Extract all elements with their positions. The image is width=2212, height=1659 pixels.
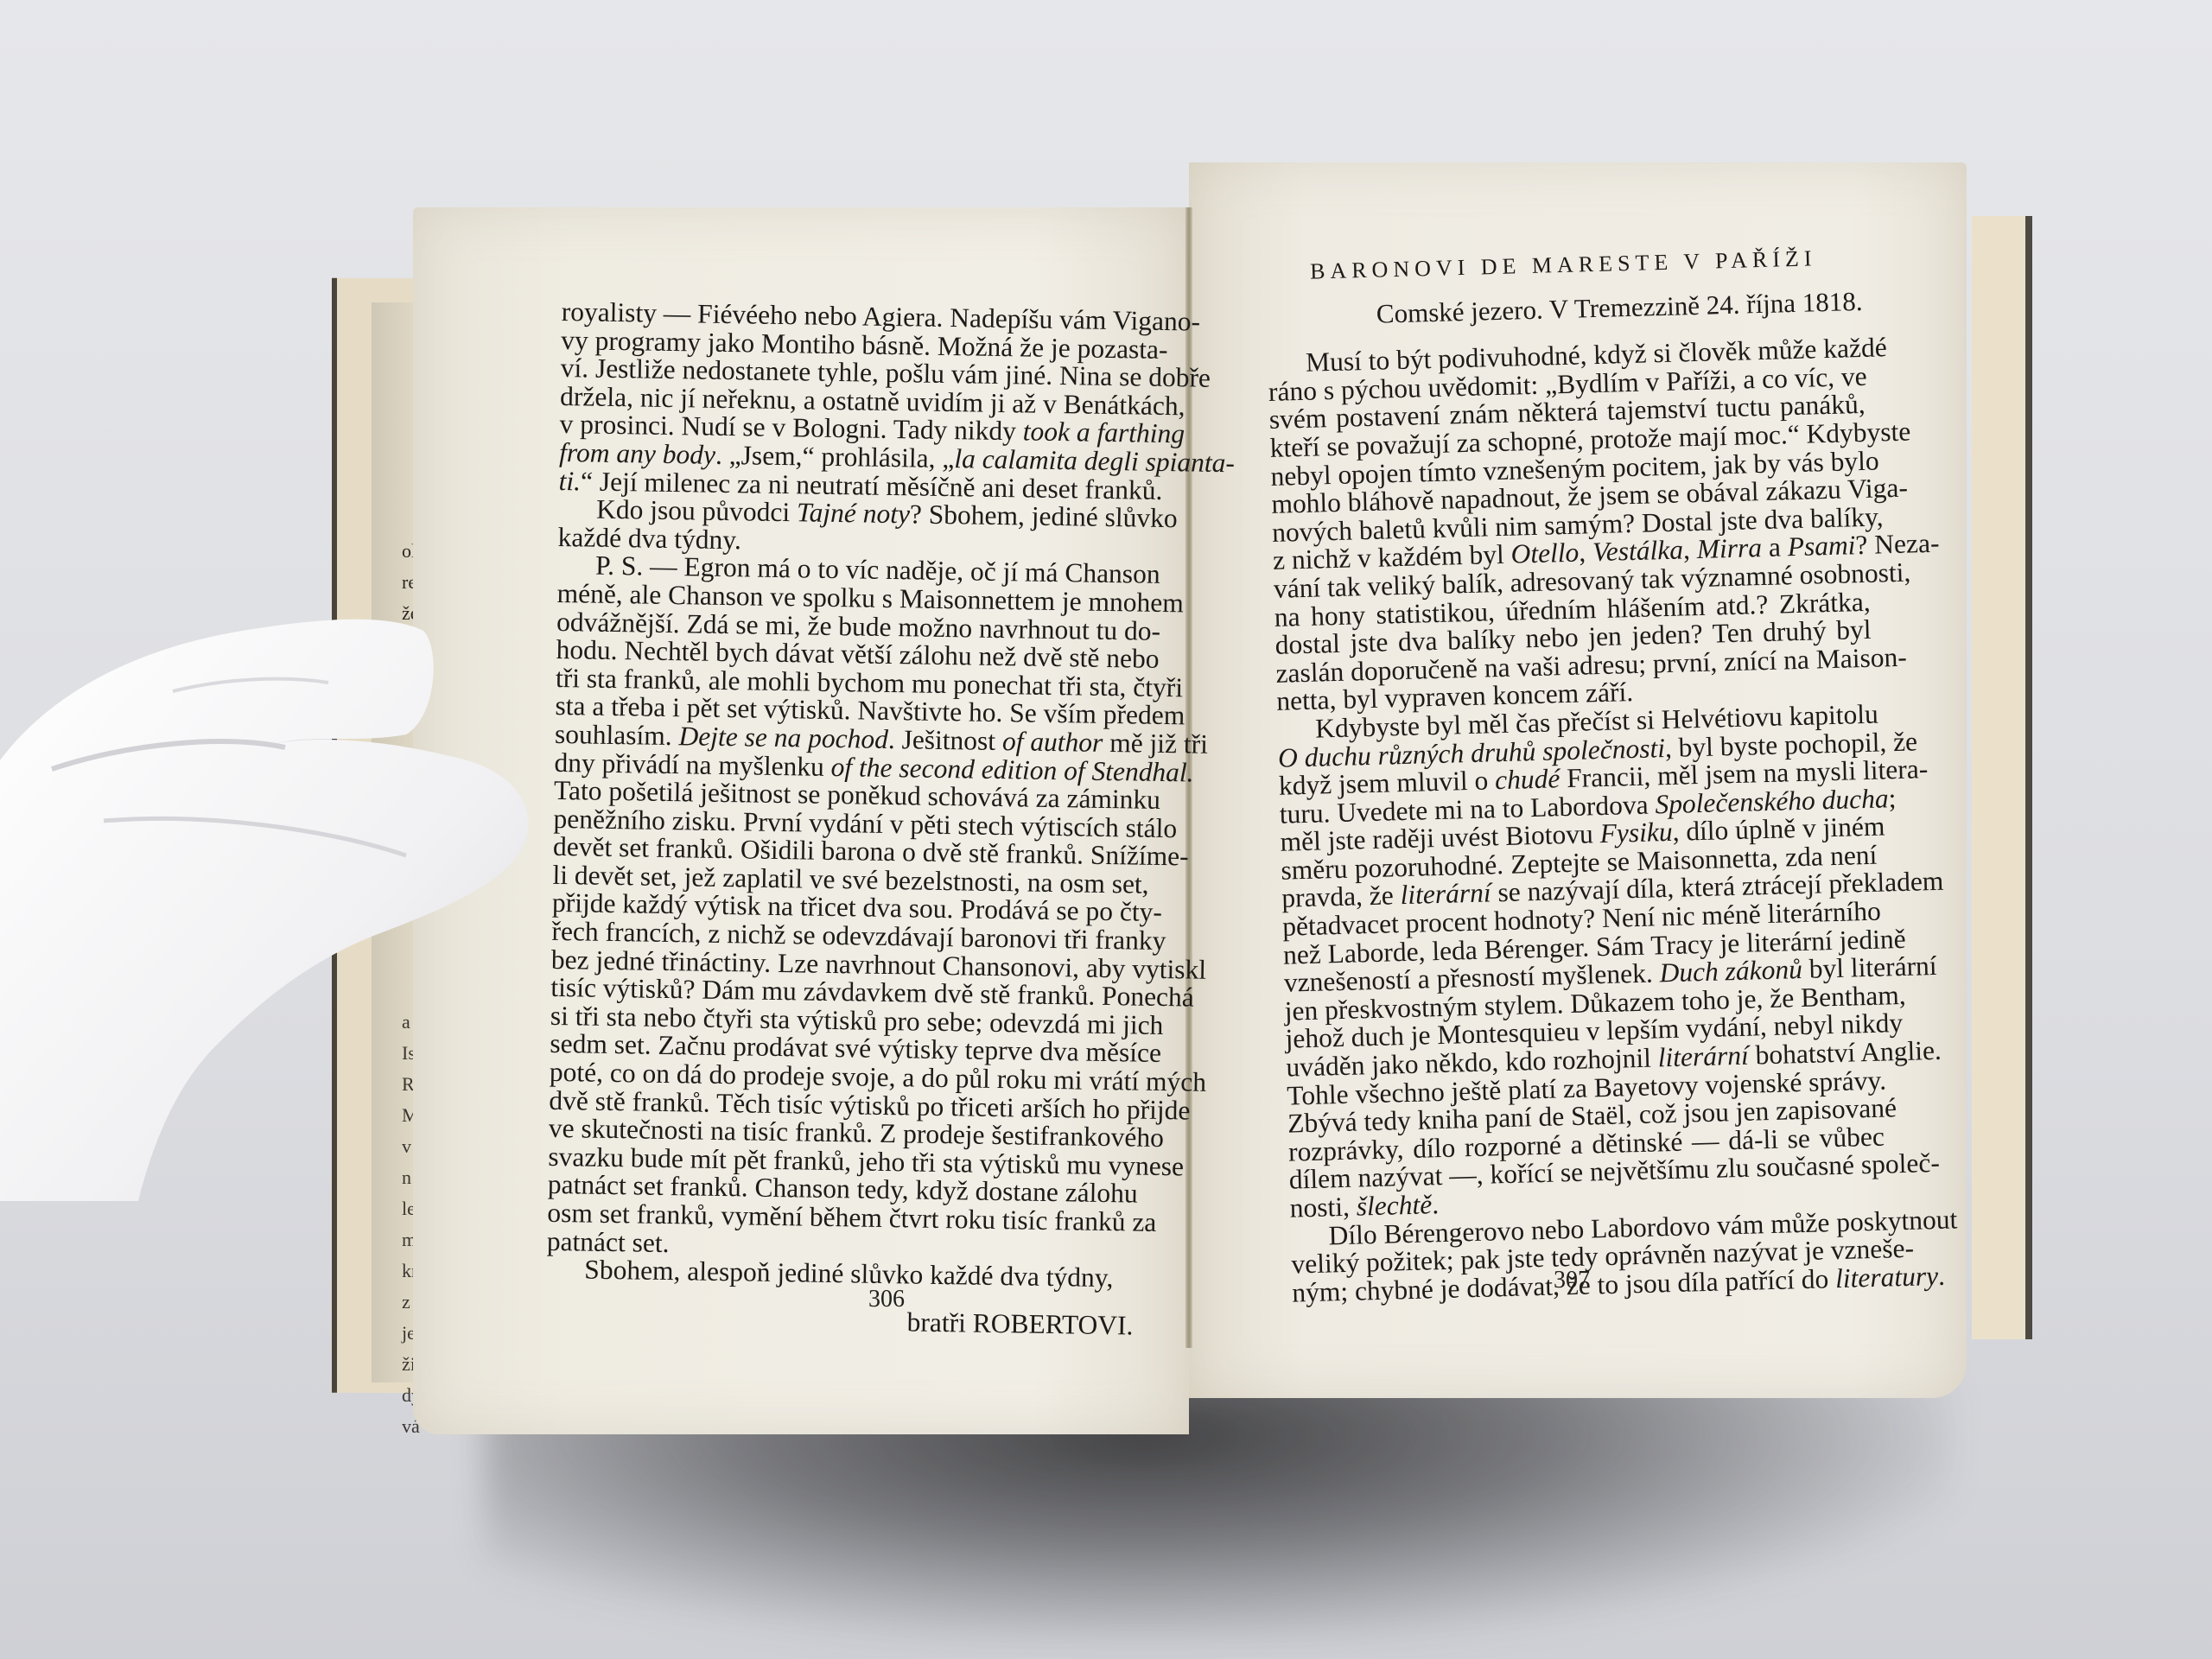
left-page-body: royalisty — Fiévéeho nebo Agiera. Nadepí… (546, 298, 1149, 1293)
italic-phrase: Fysiku (1599, 817, 1673, 849)
page-number-left: 306 (868, 1286, 905, 1313)
italic-phrase: literatury (1835, 1261, 1939, 1294)
white-gloved-hand (0, 596, 553, 1201)
italic-phrase: šlechtě (1356, 1189, 1432, 1221)
italic-phrase: literární (1657, 1040, 1749, 1073)
italic-phrase: from any body (559, 437, 715, 470)
right-page-body: Musí to být podivuhodné, když si člověk … (1268, 334, 1889, 1307)
italic-phrase: Tajné noty (797, 497, 911, 529)
left-page-text: royalisty — Fiévéeho nebo Agiera. Nadepí… (545, 298, 1149, 1340)
photo-scene: olrežedl aIsRMvnlemkrzježidyvá royalisty… (0, 0, 2212, 1659)
letter-dateline: Comské jezero. V Tremezzině 24. října 18… (1266, 288, 1863, 332)
right-page-text: BARONOVI DE MARESTE V PAŘÍŽI Comské jeze… (1265, 244, 1889, 1307)
text-line: Sbohem, alespoň jediné slůvko každé dva … (546, 1255, 1134, 1293)
italic-phrase: Mirra (1696, 532, 1762, 564)
book-cover-right-edge (1972, 216, 2032, 1339)
italic-phrase: Otello (1510, 537, 1580, 569)
italic-phrase: ti. (558, 466, 581, 496)
italic-phrase: of author (1002, 726, 1103, 758)
page-number-right: 307 (1554, 1267, 1590, 1294)
italic-phrase: Psami (1787, 531, 1856, 563)
italic-phrase: chudé (1495, 763, 1560, 795)
